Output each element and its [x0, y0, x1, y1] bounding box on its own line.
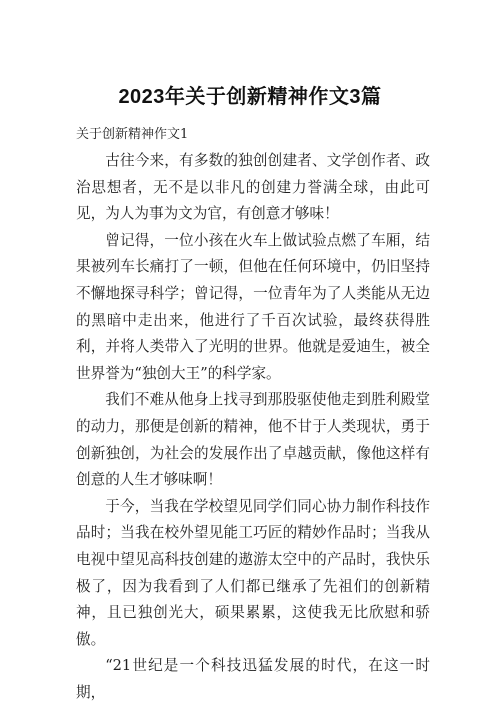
document-page: 2023年关于创新精神作文3篇 关于创新精神作文1 古往今来，有多数的独创创建者… [0, 0, 500, 707]
paragraph-3: 我们不难从他身上找寻到那股驱使他走到胜利殿堂的动力，那便是创新的精神，他不甘于人… [76, 387, 430, 493]
document-title: 2023年关于创新精神作文3篇 [0, 80, 500, 109]
paragraph-1: 古往今来，有多数的独创创建者、文学创作者、政治思想者，无不是以非凡的创建力誉满全… [76, 148, 430, 228]
essay-heading: 关于创新精神作文1 [76, 123, 188, 142]
paragraph-2: 曾记得，一位小孩在火车上做试验点燃了车厢，结果被列车长痛打了一顿，但他在任何环境… [76, 228, 430, 388]
essay-body: 古往今来，有多数的独创创建者、文学创作者、政治思想者，无不是以非凡的创建力誉满全… [76, 148, 430, 706]
paragraph-4: 于今，当我在学校望见同学们同心协力制作科技作品时；当我在校外望见能工巧匠的精妙作… [76, 494, 430, 654]
paragraph-5: “21世纪是一个科技迅猛发展的时代，在这一时期， [76, 653, 430, 706]
